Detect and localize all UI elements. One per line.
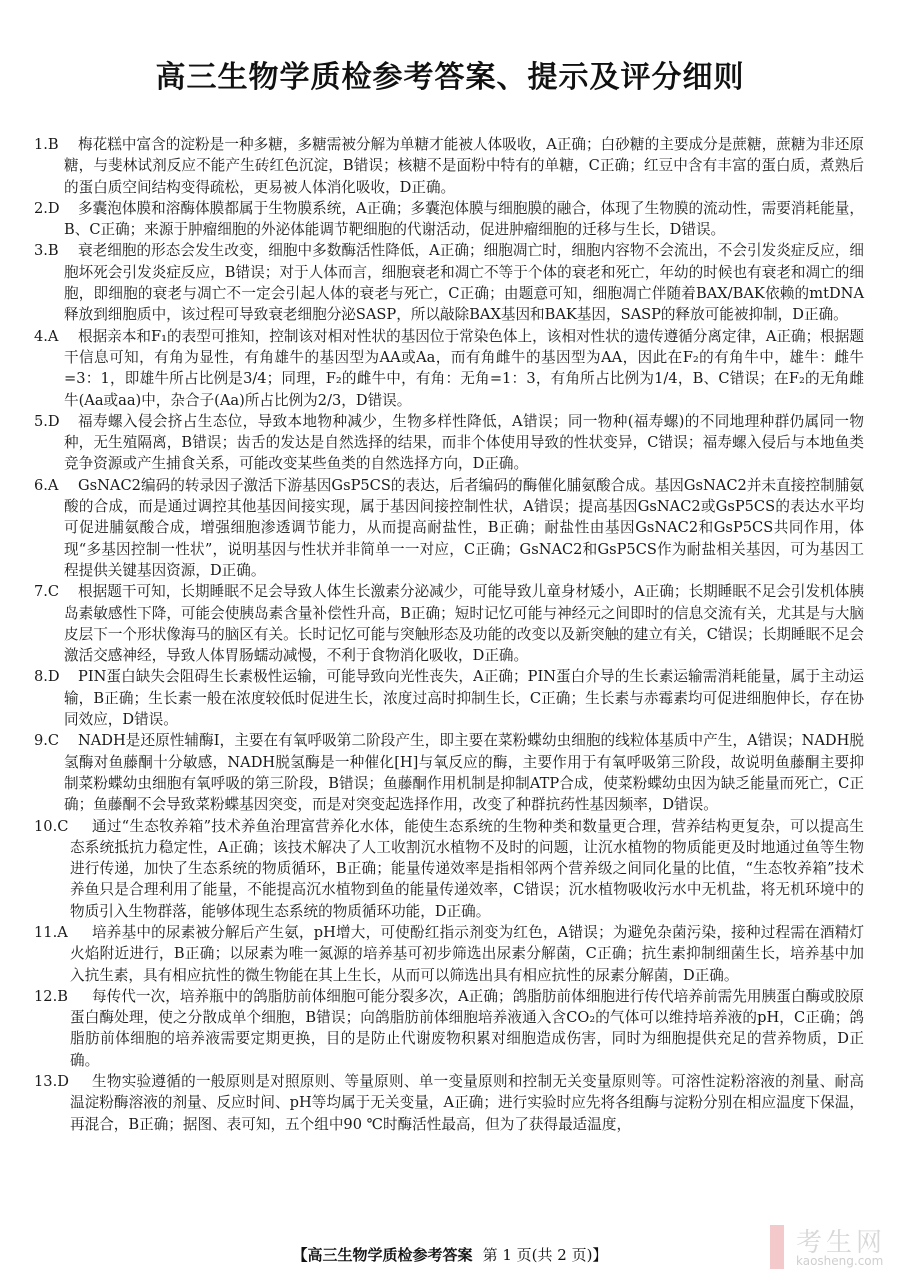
footer-doc-name: 【高三生物学质检参考答案 bbox=[293, 1246, 473, 1264]
document-title: 高三生物学质检参考答案、提示及评分细则 bbox=[0, 52, 900, 96]
answer-item-9: 9.C NADH是还原性辅酶Ⅰ，主要在有氧呼吸第二阶段产生，即主要在菜粉蝶幼虫细… bbox=[34, 730, 864, 815]
answer-item-3: 3.B 衰老细胞的形态会发生改变，细胞中多数酶活性降低，A正确；细胞凋亡时，细胞… bbox=[34, 240, 864, 325]
answer-explanation: 衰老细胞的形态会发生改变，细胞中多数酶活性降低，A正确；细胞凋亡时，细胞内容物不… bbox=[64, 240, 864, 325]
page-footer: 【高三生物学质检参考答案第 1 页(共 2 页)】 bbox=[0, 1244, 900, 1265]
answer-item-4: 4.A 根据亲本和F₁的表型可推知，控制该对相对性状的基因位于常染色体上，该相对… bbox=[34, 326, 864, 411]
answer-explanation: PIN蛋白缺失会阻碍生长素极性运输，可能导致向光性丧失，A正确；PIN蛋白介导的… bbox=[64, 666, 864, 730]
answer-number: 12.B bbox=[34, 986, 78, 1007]
answer-explanation: 培养基中的尿素被分解后产生氨，pH增大，可使酚红指示剂变为红色，A错误；为避免杂… bbox=[70, 922, 864, 986]
answer-explanation: 多囊泡体膜和溶酶体膜都属于生物膜系统，A正确；多囊泡体膜与细胞膜的融合，体现了生… bbox=[64, 198, 864, 241]
answer-item-7: 7.C 根据题干可知，长期睡眠不足会导致人体生长激素分泌减少，可能导致儿童身材矮… bbox=[34, 581, 864, 666]
answer-number: 9.C bbox=[34, 730, 78, 751]
answer-list: 1.B 梅花糕中富含的淀粉是一种多糖，多糖需被分解为单糖才能被人体吸收，A正确；… bbox=[34, 134, 864, 1135]
answer-item-6: 6.A GsNAC2编码的转录因子激活下游基因GsP5CS的表达，后者编码的酶催… bbox=[34, 475, 864, 581]
answer-item-5: 5.D 福寿螺入侵会挤占生态位，导致本地物种减少，生物多样性降低，A错误；同一物… bbox=[34, 411, 864, 475]
answer-explanation: 生物实验遵循的一般原则是对照原则、等量原则、单一变量原则和控制无关变量原则等。可… bbox=[70, 1071, 864, 1135]
answer-item-10: 10.C 通过“生态牧养箱”技术养鱼治理富营养化水体，能使生态系统的生物种类和数… bbox=[34, 816, 864, 922]
answer-number: 3.B bbox=[34, 240, 78, 261]
answer-number: 10.C bbox=[34, 816, 78, 837]
answer-explanation: 福寿螺入侵会挤占生态位，导致本地物种减少，生物多样性降低，A错误；同一物种(福寿… bbox=[64, 411, 864, 475]
answer-item-8: 8.D PIN蛋白缺失会阻碍生长素极性运输，可能导致向光性丧失，A正确；PIN蛋… bbox=[34, 666, 864, 730]
answer-explanation: 根据题干可知，长期睡眠不足会导致人体生长激素分泌减少，可能导致儿童身材矮小，A正… bbox=[64, 581, 864, 666]
answer-item-13: 13.D 生物实验遵循的一般原则是对照原则、等量原则、单一变量原则和控制无关变量… bbox=[34, 1071, 864, 1135]
answer-explanation: NADH是还原性辅酶Ⅰ，主要在有氧呼吸第二阶段产生，即主要在菜粉蝶幼虫细胞的线粒… bbox=[64, 730, 864, 815]
answer-explanation: 梅花糕中富含的淀粉是一种多糖，多糖需被分解为单糖才能被人体吸收，A正确；白砂糖的… bbox=[64, 134, 864, 198]
answer-number: 4.A bbox=[34, 326, 78, 347]
answer-explanation: GsNAC2编码的转录因子激活下游基因GsP5CS的表达，后者编码的酶催化脯氨酸… bbox=[64, 475, 864, 581]
watermark: 考生网 kaosheng.com bbox=[770, 1220, 900, 1279]
watermark-url: kaosheng.com bbox=[796, 1254, 883, 1268]
answer-number: 7.C bbox=[34, 581, 78, 602]
answer-item-2: 2.D 多囊泡体膜和溶酶体膜都属于生物膜系统，A正确；多囊泡体膜与细胞膜的融合，… bbox=[34, 198, 864, 241]
answer-item-12: 12.B 每传代一次，培养瓶中的鸽脂肪前体细胞可能分裂多次，A正确；鸽脂肪前体细… bbox=[34, 986, 864, 1071]
answer-explanation: 每传代一次，培养瓶中的鸽脂肪前体细胞可能分裂多次，A正确；鸽脂肪前体细胞进行传代… bbox=[70, 986, 864, 1071]
answer-number: 5.D bbox=[34, 411, 78, 432]
answer-number: 8.D bbox=[34, 666, 78, 687]
footer-page-info: 第 1 页(共 2 页)】 bbox=[483, 1246, 608, 1264]
watermark-logo-icon bbox=[770, 1225, 784, 1269]
answer-number: 11.A bbox=[34, 922, 78, 943]
answer-number: 6.A bbox=[34, 475, 78, 496]
answer-item-1: 1.B 梅花糕中富含的淀粉是一种多糖，多糖需被分解为单糖才能被人体吸收，A正确；… bbox=[34, 134, 864, 198]
answer-explanation: 根据亲本和F₁的表型可推知，控制该对相对性状的基因位于常染色体上，该相对性状的遗… bbox=[64, 326, 864, 411]
answer-explanation: 通过“生态牧养箱”技术养鱼治理富营养化水体，能使生态系统的生物种类和数量更合理，… bbox=[70, 816, 864, 922]
answer-item-11: 11.A 培养基中的尿素被分解后产生氨，pH增大，可使酚红指示剂变为红色，A错误… bbox=[34, 922, 864, 986]
answer-number: 2.D bbox=[34, 198, 78, 219]
answer-number: 13.D bbox=[34, 1071, 78, 1092]
answer-number: 1.B bbox=[34, 134, 78, 155]
